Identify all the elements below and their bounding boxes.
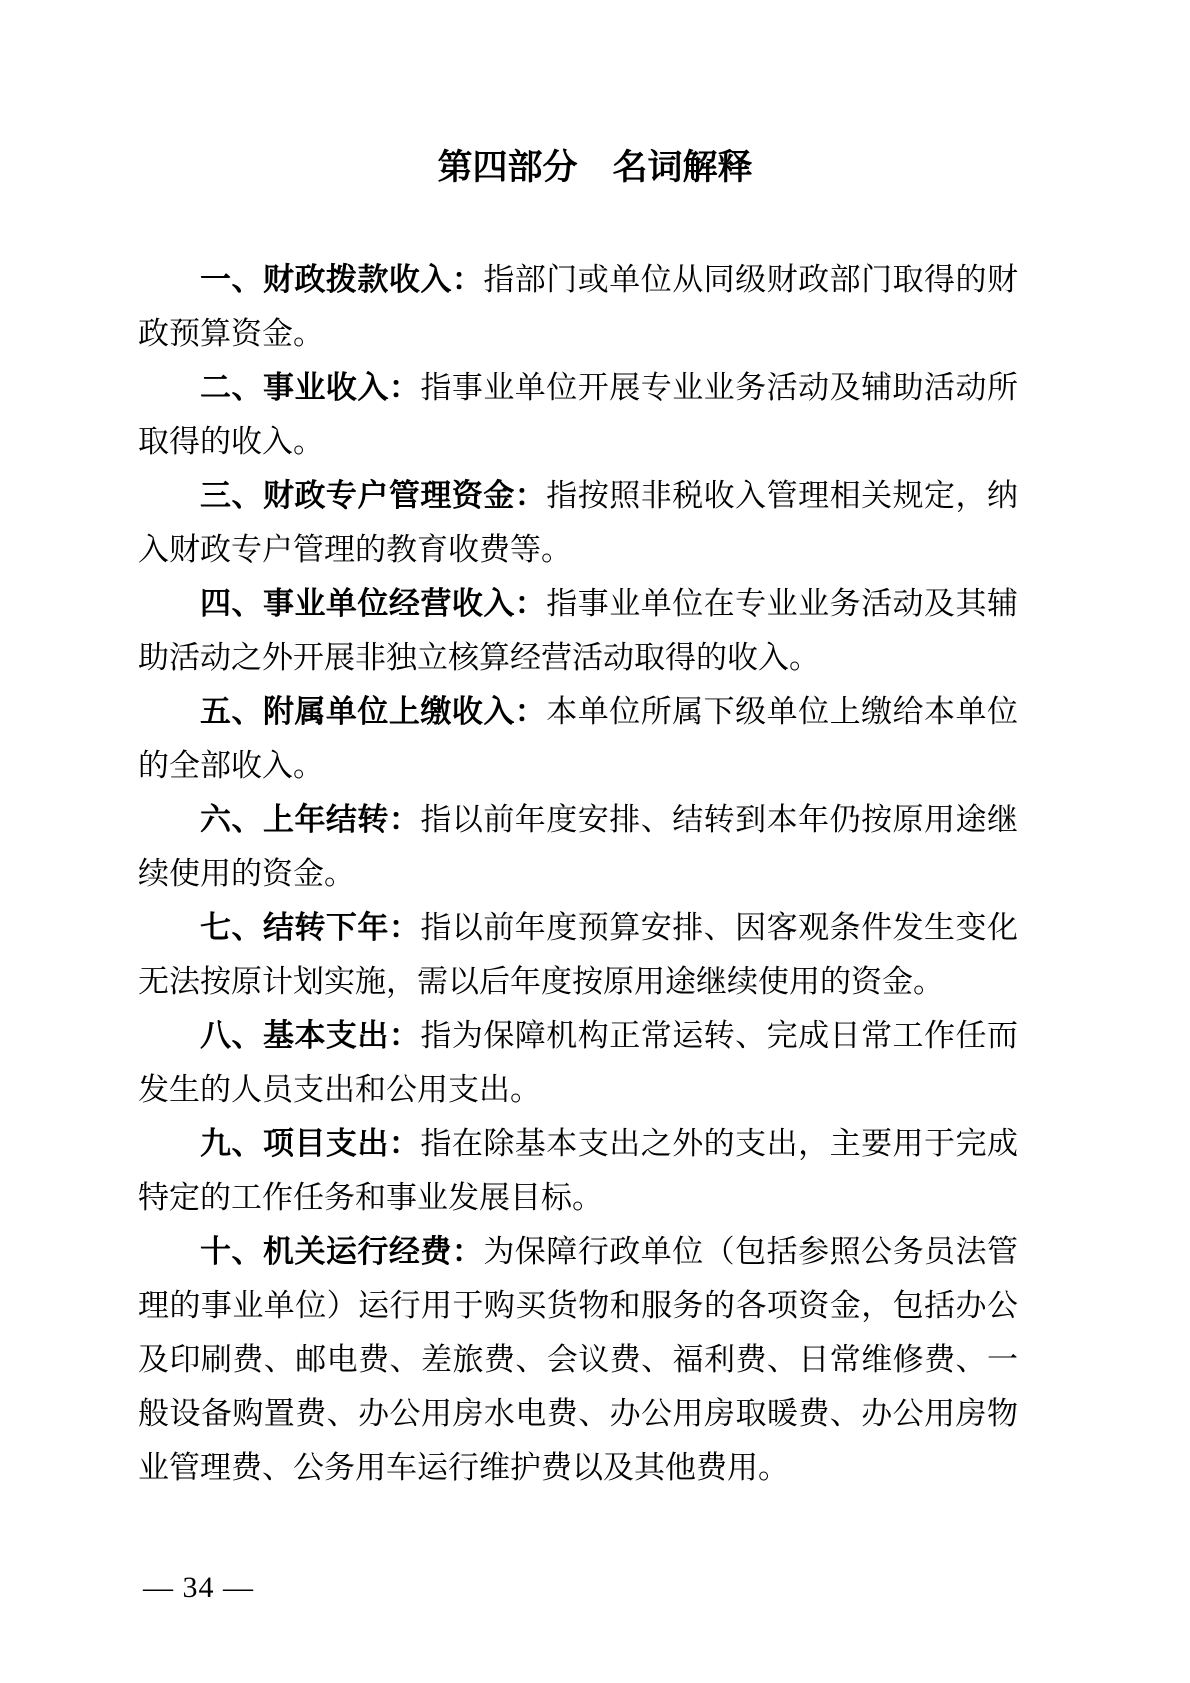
term-label: 四、事业单位经营收入： bbox=[200, 586, 546, 621]
definition-paragraph-8: 八、基本支出：指为保障机构正常运转、完成日常工作任而发生的人员支出和公用支出。 bbox=[138, 1009, 1018, 1117]
term-label: 六、上年结转： bbox=[200, 802, 420, 837]
definition-paragraph-4: 四、事业单位经营收入：指事业单位在专业业务活动及其辅助活动之外开展非独立核算经营… bbox=[138, 577, 1018, 685]
term-label: 二、事业收入： bbox=[200, 370, 420, 405]
term-label: 五、附属单位上缴收入： bbox=[200, 694, 546, 729]
term-label: 十、机关运行经费： bbox=[200, 1234, 483, 1269]
page-title: 第四部分 名词解释 bbox=[0, 144, 1190, 192]
term-label: 九、项目支出： bbox=[200, 1126, 420, 1161]
page-number: — 34 — bbox=[143, 1570, 254, 1606]
definition-paragraph-6: 六、上年结转：指以前年度安排、结转到本年仍按原用途继续使用的资金。 bbox=[138, 793, 1018, 901]
term-label: 一、财政拨款收入： bbox=[200, 262, 483, 297]
definition-paragraph-9: 九、项目支出：指在除基本支出之外的支出，主要用于完成特定的工作任务和事业发展目标… bbox=[138, 1117, 1018, 1225]
definition-paragraph-5: 五、附属单位上缴收入：本单位所属下级单位上缴给本单位的全部收入。 bbox=[138, 685, 1018, 793]
definitions-list: 一、财政拨款收入：指部门或单位从同级财政部门取得的财政预算资金。 二、事业收入：… bbox=[138, 253, 1018, 1495]
term-label: 八、基本支出： bbox=[200, 1018, 420, 1053]
definition-paragraph-3: 三、财政专户管理资金：指按照非税收入管理相关规定，纳入财政专户管理的教育收费等。 bbox=[138, 469, 1018, 577]
definition-paragraph-10: 十、机关运行经费：为保障行政单位（包括参照公务员法管理的事业单位）运行用于购买货… bbox=[138, 1225, 1018, 1495]
term-label: 七、结转下年： bbox=[200, 910, 420, 945]
definition-paragraph-1: 一、财政拨款收入：指部门或单位从同级财政部门取得的财政预算资金。 bbox=[138, 253, 1018, 361]
definition-paragraph-7: 七、结转下年：指以前年度预算安排、因客观条件发生变化无法按原计划实施，需以后年度… bbox=[138, 901, 1018, 1009]
term-definition: 为保障行政单位（包括参照公务员法管理的事业单位）运行用于购买货物和服务的各项资金… bbox=[138, 1234, 1018, 1485]
term-label: 三、财政专户管理资金： bbox=[200, 478, 546, 513]
definition-paragraph-2: 二、事业收入：指事业单位开展专业业务活动及辅助活动所取得的收入。 bbox=[138, 361, 1018, 469]
